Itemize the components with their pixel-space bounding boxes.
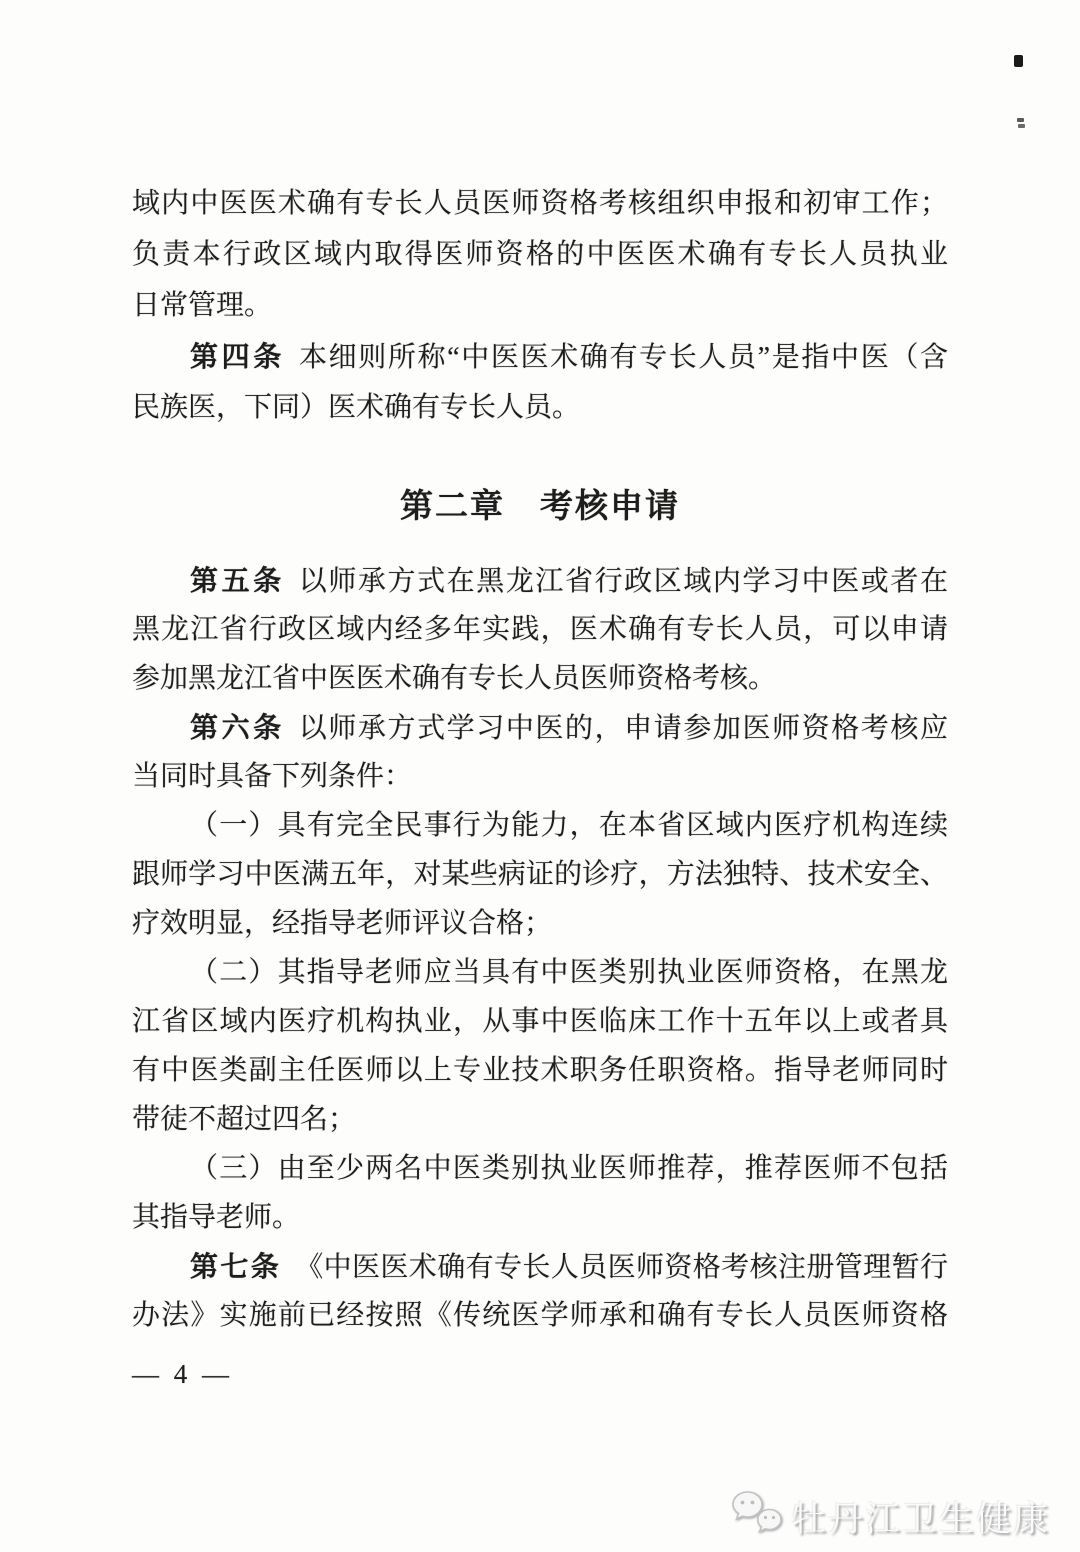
article-number-label: 第四条: [190, 341, 285, 372]
document-body: 域内中医医术确有专长人员医师资格考核组织申报和初审工作； 负责本行政区域内取得医…: [132, 178, 948, 1390]
document-line: 黑龙江省行政区域内经多年实践，医术确有专长人员，可以申请: [132, 605, 948, 654]
document-line: 民族医，下同）医术确有专长人员。: [132, 382, 948, 433]
scanned-document-page: 域内中医医术确有专长人员医师资格考核组织申报和初审工作； 负责本行政区域内取得医…: [0, 0, 1080, 1552]
watermark: 牡丹江卫生健康: [731, 1487, 1050, 1546]
document-line: 其指导老师。: [132, 1193, 948, 1242]
document-line: 江省区域内医疗机构执业，从事中医临床工作十五年以上或者具: [132, 997, 948, 1046]
section-after-chapter: 第五条以师承方式在黑龙江省行政区域内学习中医或者在 黑龙江省行政区域内经多年实践…: [132, 556, 948, 1340]
scan-speck: [1017, 118, 1024, 122]
document-line: 第七条《中医医术确有专长人员医师资格考核注册管理暂行: [132, 1242, 948, 1291]
article-number-label: 第六条: [190, 712, 285, 743]
document-line: （二）其指导老师应当具有中医类别执业医师资格，在黑龙: [132, 948, 948, 997]
document-line: 负责本行政区域内取得医师资格的中医医术确有专长人员执业: [132, 229, 948, 280]
article-number-label: 第七条: [190, 1251, 281, 1282]
chapter-heading: 第二章 考核申请: [132, 488, 948, 524]
document-line: 跟师学习中医满五年，对某些病证的诊疗，方法独特、技术安全、: [132, 850, 948, 899]
document-line: 当同时具备下列条件：: [132, 752, 948, 801]
document-line: 第六条以师承方式学习中医的，申请参加医师资格考核应: [132, 703, 948, 752]
document-line: 疗效明显，经指导老师评议合格；: [132, 899, 948, 948]
document-line: 第四条本细则所称“中医医术确有专长人员”是指中医（含: [132, 331, 948, 382]
document-line: 日常管理。: [132, 280, 948, 331]
section-before-chapter: 域内中医医术确有专长人员医师资格考核组织申报和初审工作； 负责本行政区域内取得医…: [132, 178, 948, 433]
document-line: 第五条以师承方式在黑龙江省行政区域内学习中医或者在: [132, 556, 948, 605]
article-number-label: 第五条: [190, 565, 285, 596]
document-line: 有中医类副主任医师以上专业技术职务任职资格。指导老师同时: [132, 1046, 948, 1095]
watermark-text: 牡丹江卫生健康: [791, 1492, 1050, 1542]
document-line: 带徒不超过四名；: [132, 1095, 948, 1144]
wechat-icon: [731, 1487, 783, 1546]
page-number: — 4 —: [132, 1358, 948, 1390]
document-line: 域内中医医术确有专长人员医师资格考核组织申报和初审工作；: [132, 178, 948, 229]
document-line: 参加黑龙江省中医医术确有专长人员医师资格考核。: [132, 654, 948, 703]
scan-speck: [1014, 55, 1023, 67]
document-line: （三）由至少两名中医类别执业医师推荐，推荐医师不包括: [132, 1144, 948, 1193]
document-line: 办法》实施前已经按照《传统医学师承和确有专长人员医师资格: [132, 1291, 948, 1340]
document-line: （一）具有完全民事行为能力，在本省区域内医疗机构连续: [132, 801, 948, 850]
